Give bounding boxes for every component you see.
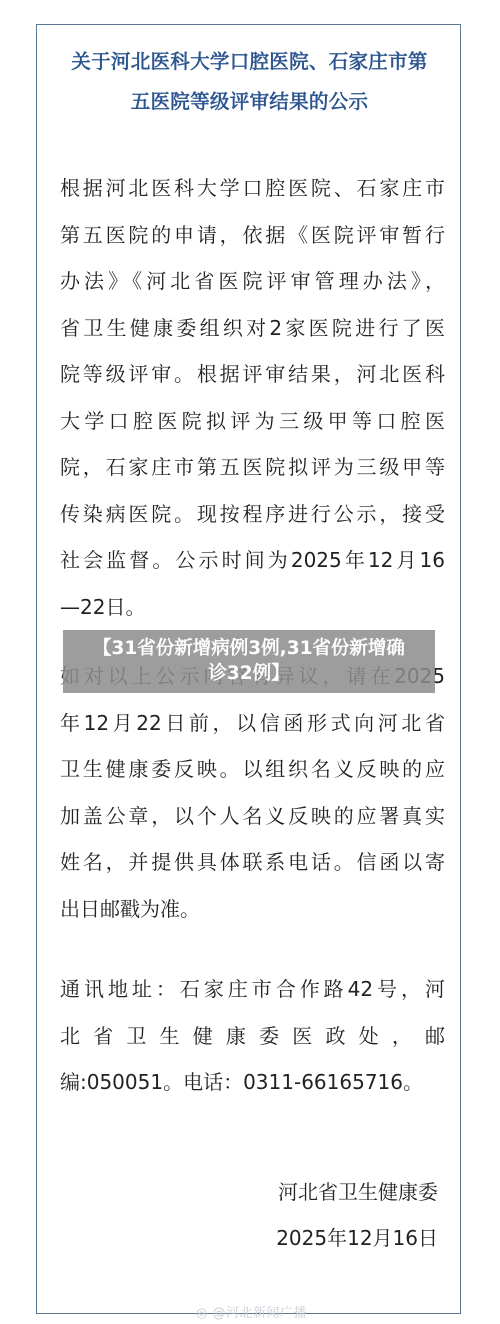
text-line: 院，石家庄市第五医院拟评为三级甲等 [60,444,445,491]
document-title: 关于河北医科大学口腔医院、石家庄市第 五医院等级评审结果的公示 [36,42,463,122]
text-line: 省卫生健康委组织对2家医院进行了医 [60,305,445,352]
paragraph-objection: 如对以上公示内容有异议，请在2025 年12月22日前，以信函形式向河北省 卫生… [60,653,445,932]
text-line: 根据河北医科大学口腔医院、石家庄市 [60,165,445,212]
text-line: 卫生健康委反映。以组织名义反映的应 [60,746,445,793]
text-line: 院等级评审。根据评审结果，河北医科 [60,351,445,398]
text-line: 第五医院的申请，依据《医院评审暂行 [60,212,445,259]
text-line: —22日。 [60,584,445,631]
paragraph-announcement: 根据河北医科大学口腔医院、石家庄市 第五医院的申请，依据《医院评审暂行 办法》《… [60,165,445,630]
watermark-text: @河北新闻广播 [212,1306,307,1321]
text-line: 年12月22日前，以信函形式向河北省 [60,700,445,747]
banner-line-1: 【31省份新增病例3例,31省份新增确 [63,636,435,661]
signature-organization: 河北省卫生健康委 [278,1176,438,1205]
text-line: 传染病医院。现按程序进行公示，接受 [60,491,445,538]
text-line: 大学口腔医院拟评为三级甲等口腔医 [60,398,445,445]
text-line: 出日邮戳为准。 [60,886,445,933]
text-line: 通讯地址：石家庄市合作路42号，河 [60,966,445,1013]
source-watermark: ◎ @河北新闻广播 [196,1302,307,1321]
title-line-1: 关于河北医科大学口腔医院、石家庄市第 [36,42,463,82]
paragraph-contact: 通讯地址：石家庄市合作路42号，河 北省卫生健康委医政处，邮 编:050051。… [60,966,445,1106]
signature-date: 2025年12月16日 [276,1222,438,1251]
text-line: 加盖公章，以个人名义反映的应署真实 [60,793,445,840]
text-line: 社会监督。公示时间为2025年12月16 [60,537,445,584]
banner-line-2: 诊32例】 [63,661,435,686]
text-line: 姓名，并提供具体联系电话。信函以寄 [60,839,445,886]
text-line: 办法》《河北省医院评审管理办法》， [60,258,445,305]
weibo-icon: ◎ [196,1306,208,1321]
title-line-2: 五医院等级评审结果的公示 [36,82,463,122]
headline-overlay-banner: 【31省份新增病例3例,31省份新增确 诊32例】 [63,630,435,693]
text-line: 编:050051。电话：0311-66165716。 [60,1059,445,1106]
text-line: 北省卫生健康委医政处，邮 [60,1013,445,1060]
